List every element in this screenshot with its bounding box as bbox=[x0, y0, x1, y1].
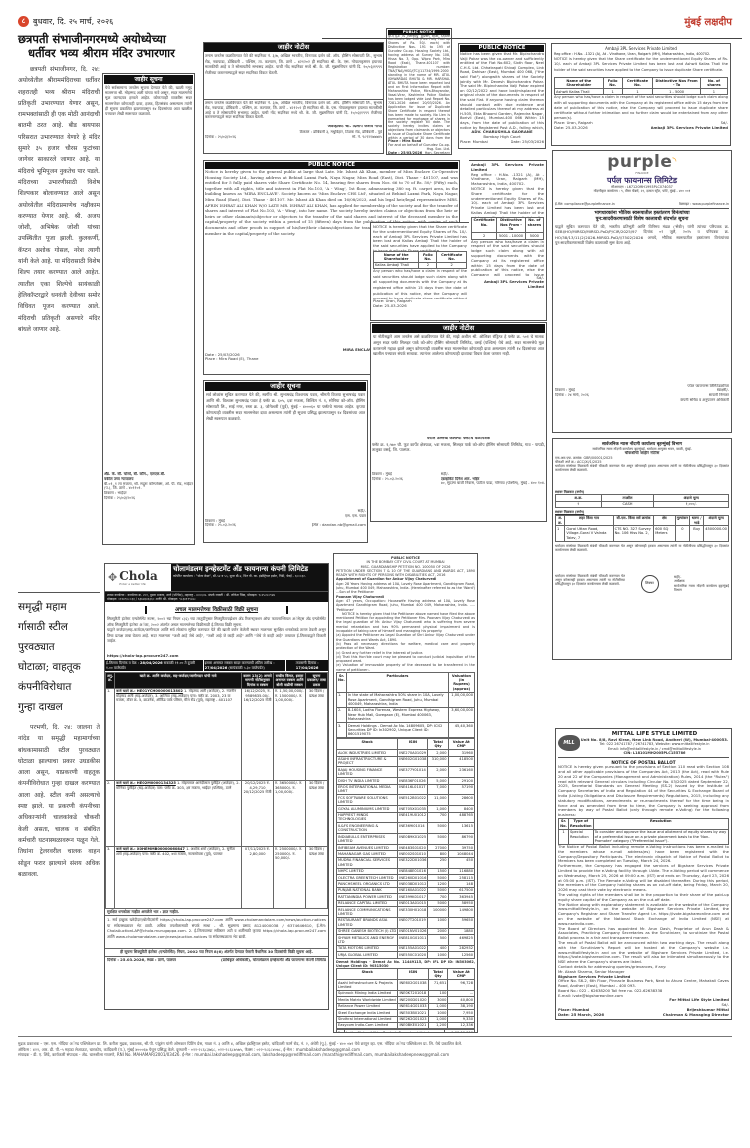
prayer-b: (b) Pass all necessary directions for we… bbox=[336, 642, 475, 651]
notice-date: Date: 25-03-2026 bbox=[554, 126, 588, 131]
stock-holdings-table-1: Stock ISIN Total Qty Value At CMP ALOK I… bbox=[336, 738, 475, 958]
auction-property-table: अनु. क्र. खाते क्र. आणि कर्जदार, सह-कर्ज… bbox=[105, 672, 328, 908]
notice-date: दिनांक : 25.03.2026, स्थळ : ठाणे, पालघर bbox=[107, 958, 176, 963]
notice-title: जाहीर नोटीस bbox=[204, 43, 383, 52]
purple-finance-notice: purple◝ FINANCE पर्पल फायनान्स लिमिटेड स… bbox=[552, 150, 732, 433]
notice-date: Date : 25/03/2026 bbox=[388, 151, 422, 155]
notice-list: धर्मादाय संस्थेच्या मिळकती संबंधी चौकशी … bbox=[555, 574, 625, 594]
table-row: 3. Demat Holdings - Demat Ac No. 1480960… bbox=[337, 723, 475, 738]
table-row: 1 Gorai Uttan Road, Village-Gorai V Valn… bbox=[556, 526, 729, 541]
notice-body: NOTICE is hereby given that the Share ce… bbox=[471, 187, 544, 217]
lead-dateline: छत्रपती संभाजीनगर, दि. २४: bbox=[30, 66, 100, 73]
para-5: The Board of Directors has appointed Mr.… bbox=[558, 927, 729, 941]
notice-jahir-top: जाहीर नोटीस तमाम जनतेस कळविण्यात येते की… bbox=[203, 42, 384, 100]
notice-on-behalf: For and on behalf of Gurudev Co-op. Hsg.… bbox=[388, 143, 450, 152]
para-4: The Notice along with explanatory statem… bbox=[558, 903, 729, 927]
stock-holdings-table-2: Stock ISIN Total Qty Value At CMP Asahi … bbox=[336, 968, 475, 1029]
company-email: ई-मेल: compliance@purplefinance.in bbox=[555, 202, 615, 206]
notice-date: दिनांक : २५/०३/२०२६ bbox=[104, 496, 193, 501]
demat-2: Demat Holdings - Demat Ac No. 11449115, … bbox=[336, 960, 475, 969]
public-notice-flat: PUBLIC NOTICE Notice has been given that… bbox=[458, 43, 546, 149]
paper-name: मुंबई लक्षदीप bbox=[684, 14, 732, 28]
auction-intro: सिक्युरिटी इंटरेस्ट एन्फोर्समेंट रूल्स, … bbox=[105, 616, 328, 627]
purple-logo-mark-icon: ◝ bbox=[672, 156, 676, 167]
notice-body: NOTICE is hereby given that the Share ce… bbox=[373, 225, 467, 251]
notice-phone: मो. नं. ९८९२१७७७४५ bbox=[352, 135, 382, 140]
notice-body: NOTICE is hereby given pursuant to the p… bbox=[558, 765, 729, 818]
table-row: HAPPIEST MINDS TECHNOLOGIESINE419U010127… bbox=[337, 812, 475, 823]
company-cin: CIN: L18101MH2005PLC155786 bbox=[580, 751, 729, 755]
table-row: 1. कर्ज खाते क्र.: HE01YCH00000013802 1.… bbox=[106, 688, 328, 780]
claim-text: Any person who has/have a claim in respe… bbox=[471, 240, 544, 276]
notice-title: PUBLIC NOTICE bbox=[460, 45, 544, 52]
table-row: 1. In the state of Maharashtra 50% share… bbox=[337, 692, 475, 707]
auction-url-link[interactable]: https://chola-lap.procure247.com bbox=[105, 654, 328, 659]
notice-body: याद्वारे सूचित करण्यात येते की, भारतीय प… bbox=[555, 224, 729, 384]
notice-body: NOTICE is hereby given that the Share ce… bbox=[554, 57, 728, 77]
second-body-text: जालना ते नांदेड या समृद्धी महामार्गाच्या… bbox=[18, 724, 100, 878]
chola-auction-notice: ✥ Chola Enter a better life चोलामंडलम इन… bbox=[104, 563, 329, 1010]
chola-logo: ✥ Chola Enter a better life bbox=[105, 564, 171, 591]
table-row: 2. B-1604, Lodha Florenza, Western Expre… bbox=[337, 707, 475, 722]
table-row: MUDRA FINANCIAL SERVICES LIMITEDINE322D0… bbox=[337, 857, 475, 868]
notice-office: सार्वजनिक न्यास नोंदणी कार्यालय बृहन्मुं… bbox=[674, 584, 729, 593]
notice-date: दिनांक : २५.०३.२०२६ bbox=[372, 477, 403, 482]
table-row: ASAHI INFRASTRUCTURE & PROJECTINE602G010… bbox=[337, 756, 475, 767]
purple-logo-text: purple bbox=[607, 152, 672, 172]
table-row: INDIABULLS ENTERPRISES LIMITEDINE0B9K010… bbox=[337, 834, 475, 845]
rta-address: Office No. S6-2, 6th Floor, Pinnacle Bus… bbox=[558, 979, 729, 989]
immovable-property-table: अ. क्र. शहर किंवा गाव सी.एस. किंवा सर्वे… bbox=[555, 515, 729, 542]
notice-body: तमाम जनतेस कळविण्यात येते की सदनिका नं. … bbox=[204, 52, 383, 100]
lead-headline-line1: छत्रपती संभाजीनगरमध्ये अयोध्येच्या bbox=[18, 32, 203, 46]
para-6: The result of Postal Ballot will be anno… bbox=[558, 941, 729, 965]
schedule-text: फ्लॅट क्र. १,५७० चौ. फूट कार्पेट क्षेत्र… bbox=[372, 442, 545, 464]
auction-terms: 1. सर्व इच्छुक खरेदीदार/बोलीदारांनी http… bbox=[105, 916, 328, 948]
company-name: MITTAL LIFE STYLE LIMITED bbox=[580, 731, 729, 738]
table-row: Easycom India.Com LimitedINE0BKE010211,2… bbox=[337, 1022, 475, 1028]
notice-title: जाहीर नोटीस bbox=[372, 324, 545, 333]
share-table: Name of the Shareholder Folio No. Certif… bbox=[373, 251, 467, 269]
para-1: The Notice of Postal Ballot including re… bbox=[558, 845, 729, 864]
table-row: RELIANCE COMMUNICATIONS LIMITEDINE330H01… bbox=[337, 907, 475, 918]
notice-role: Chairman & Managing Director bbox=[663, 1013, 729, 1018]
table-row: URJA GLOBAL LIMITEDINE550C01020100012560 bbox=[337, 952, 475, 958]
second-story-body: परभणी, दि. २४: जालना ते नांदेड या समृद्ध… bbox=[18, 722, 100, 1015]
seal-stamp: शिक्का bbox=[641, 575, 659, 593]
notice-body: धर्मादाय संस्थेच्या मिळकती संबंधी चौकशी … bbox=[555, 464, 729, 490]
prayer-e: (e) Valuation of immovable property of t… bbox=[336, 663, 475, 672]
chola-logo-text: Chola bbox=[119, 570, 158, 582]
statutory-note: ही सूचना सिक्युरिटी इंटरेस्ट (एन्फोर्समे… bbox=[105, 948, 328, 956]
notice-body-2: धर्मादाय संस्थेच्या मिळकती संबंधी चौकशी … bbox=[555, 544, 729, 574]
mittal-logo-icon: MLL bbox=[558, 735, 580, 751]
auction-body: याद्वारे कर्जदार/सह-कर्जदार/जामीनदार आणि… bbox=[105, 627, 328, 654]
notice-body-cont: तमाम जनतेस कळविण्यात येते की सदनिका नं. … bbox=[205, 101, 382, 125]
company-name: चोलामंडलम इन्व्हेस्टमेंट अँड फायनान्स कं… bbox=[173, 565, 326, 574]
emd-date: 27/04/2026 bbox=[205, 666, 228, 670]
page-number-badge: ८ bbox=[18, 16, 29, 27]
signatory-address: ७०, सुदामा बाजी निवास, पाटील पाडा, गोरेग… bbox=[441, 481, 545, 486]
inspection-date: 17/04/2026 bbox=[296, 666, 319, 670]
chola-branch: शाखा कार्यालय : कार्यालय क्र. २०१, दुसरा… bbox=[105, 592, 328, 602]
company-name: Ambaji 3PL Services Private Limited bbox=[471, 163, 544, 173]
notice-jahir-top-cont: तमाम जनतेस कळविण्यात येते की सदनिका नं. … bbox=[203, 100, 384, 154]
claim-text: Any person who has/have a claim in respe… bbox=[373, 269, 467, 299]
notice-place: Place: Mumbai bbox=[460, 140, 488, 145]
notice-signatory: Ambaji 3PL Services Private Limited bbox=[651, 126, 728, 131]
masthead-left: ८ बुधवार, दि. २५ मार्च, २०२६ bbox=[18, 14, 248, 28]
notice-role: कंपनी सचिव व अनुपालन अधिकारी bbox=[555, 398, 729, 403]
para-2: Furthermore, the Company has engaged the… bbox=[558, 864, 729, 893]
table-row: १ CASH १,०००/- bbox=[556, 501, 729, 507]
notice-email: ईमेल : dandan.nb@gmail.com bbox=[312, 523, 366, 528]
lead-headline: छत्रपती संभाजीनगरमध्ये अयोध्येच्या धर्ती… bbox=[18, 32, 203, 60]
table-row: Asahi Infrastructure & Projects LimitedI… bbox=[337, 980, 475, 991]
reg-office: कॉर्पोरेट कार्यालय : "चोला क्रेस्ट", सी-… bbox=[173, 574, 326, 590]
share-table: Name of the Shareholder Folio No. Certif… bbox=[554, 77, 728, 95]
table-row: RESTAURANT BRANDS ASIA LIMITEDINE07T2010… bbox=[337, 917, 475, 928]
notice-signatory: Ambaji 3PL Services Private Limited bbox=[471, 280, 544, 290]
petition-section: PETITION UNDER SECTION 7 & 10 OF THE GUA… bbox=[336, 569, 475, 578]
prayer-a: (a) Appoint the Petitioner as Legal Guar… bbox=[336, 633, 475, 642]
purple-logo: purple◝ bbox=[555, 153, 729, 171]
notice-title: PUBLIC NOTICE bbox=[205, 162, 458, 169]
notice-place: Place : Mira Road (E), Thane bbox=[205, 357, 259, 362]
table-row: Kailas Ambaji Thali 2 2 bbox=[374, 262, 467, 268]
claim-text: Any person who has/have a claim in respe… bbox=[554, 95, 728, 121]
ambaji-notice-1: Ambaji 3PL Services Private Limited Reg … bbox=[551, 43, 731, 146]
table-row: 3. कर्ज खाते क्र.: X0HEMMB00000060847 1.… bbox=[106, 846, 328, 908]
table-row: EROS INTERNATIONAL MEDIA LIMITINE416L010… bbox=[337, 784, 475, 795]
table-row: 2 5001 - 10000 5000 bbox=[472, 233, 544, 239]
notice-title: जाहीर सूचना bbox=[104, 75, 193, 84]
table-row: 2. कर्ज खाते क्र.: HE02M0000134325 1. मो… bbox=[106, 780, 328, 846]
reg-office: नोंदणीकृत कार्यालय : ९, वीणा चेंबर्स, २१… bbox=[555, 189, 729, 202]
public-notice-share-cert: PUBLIC NOTICE NOTICE is hereby given tha… bbox=[386, 28, 452, 155]
table-row: IL&FS ENGINEERING & CONSTRUCTIONINE369I0… bbox=[337, 823, 475, 834]
company-contact: Tel: 022 26741787 / 26741783, Website: w… bbox=[580, 742, 729, 746]
notice-address: बी-०१, १ ला मजला, श्री. सद्गुरू कॉम्प्ले… bbox=[104, 482, 193, 492]
notice-date: Date: 25-03-2026 bbox=[373, 304, 467, 309]
notice-body: येथे सर्वसामान्य जनतेस सूचना देण्यात येत… bbox=[104, 84, 193, 472]
table-row: SHYAM METALICS AND ENERGY LTDINE810G0101… bbox=[337, 935, 475, 946]
mittal-postal-ballot-notice: MLL MITTAL LIFE STYLE LIMITED Unit No. 8… bbox=[555, 728, 732, 1020]
branch-phone: मोबाइल: ०१२४९०८०३३ / ६३७४६४६६६० आणि श्री… bbox=[107, 597, 326, 601]
newspaper-page: ८ बुधवार, दि. २५ मार्च, २०२६ मुंबई लक्षद… bbox=[0, 0, 750, 1148]
share-table-cont: Certificate No. Distinctive Nos From - T… bbox=[471, 217, 544, 240]
valuation-table: Sr. No. Particulars Valuation (in Rupees… bbox=[336, 672, 475, 738]
page-footer: मुद्रक प्रकाशक – एस. एस. नोंदिया अॅण्ड प… bbox=[18, 1036, 732, 1058]
company-name: पर्पल फायनान्स लिमिटेड bbox=[555, 175, 729, 185]
auction-dates-bar: ई-लिलाव दिनांक व वेळ : 28/04/2026 सकाळी … bbox=[105, 660, 328, 671]
table-row: FCS SOFTWARE SOLUTIONS LIMITEDINE512B010… bbox=[337, 795, 475, 806]
guardianship-notice: PUBLIC NOTICE IN THE BOMBAY CITY CIVIL C… bbox=[333, 553, 478, 1033]
trust-inquiry-notice: सार्वजनिक न्यास नोंदणी कार्यालय बृहन्मुं… bbox=[552, 438, 732, 660]
notice-date: दिनांक : २५.०३.२०२६ bbox=[205, 523, 236, 528]
table-row: BAJAJ HOUSING FINANCE LIMITEDINE377Y0101… bbox=[337, 767, 475, 778]
notice-body: NOTICE is hereby given that the Petition… bbox=[336, 612, 475, 633]
resolution-table: Sr. No. Type of Resolution Resolution 1 … bbox=[558, 818, 729, 845]
notice-role: Hon. Secretary bbox=[425, 151, 450, 155]
chola-logo-icon: ✥ bbox=[108, 571, 117, 584]
notice-jahir-suchana-left: जाहीर सूचना येथे सर्वसामान्य जनतेस सूचना… bbox=[102, 73, 195, 545]
company-website: वेबसाइट : www.purplefinance.in bbox=[679, 202, 729, 206]
prayer-d: (d) That this Hon'ble court may be pleas… bbox=[336, 655, 475, 664]
movable-property-table: अ.क्र. तपशील अंदाजे मूल्य १ CASH १,०००/- bbox=[555, 494, 729, 508]
lead-story-body: छत्रपती संभाजीनगर, दि. २४: अयोध्येतील श्… bbox=[18, 64, 100, 519]
notice-date: Date: 25/03/2026 bbox=[511, 140, 544, 145]
notice-body: या नोटीसद्वारे आम जनतेस असे कळविण्यात ये… bbox=[372, 333, 545, 437]
notice-date: दिनांक : २४ मार्च, २०२६ bbox=[555, 393, 589, 398]
reg-office: Reg office : H.No. -1321 (A), At - Vindh… bbox=[471, 173, 544, 187]
ambaji-notice-2-left: NOTICE is hereby given that the Share ce… bbox=[370, 222, 469, 321]
table-row: 5. In the State of Uttar Pradesh Propert… bbox=[337, 1030, 475, 1033]
jahir-suchana-center: जाहीर सूचना सर्व लोकांस सूचित करण्यात ये… bbox=[203, 380, 368, 543]
auction-notice-title: अचल मालमत्तेच्या विक्रीसाठी विक्री सूचना bbox=[145, 606, 288, 614]
notice-body: NOTICE is hereby given that Share Certif… bbox=[388, 35, 450, 139]
auction-date: 28/04/2026 bbox=[140, 661, 163, 665]
footer-editor: संपादक - डी. ए. शिंदे, कार्यकारी संपादक … bbox=[18, 1052, 732, 1058]
para-3: The voting rights of the members shall b… bbox=[558, 893, 729, 903]
jahir-notice-right: जाहीर नोटीस या नोटीसद्वारे आम जनतेस असे … bbox=[370, 322, 547, 522]
encumbrance-note: सुरक्षित धनकोला माहीत असलेले भार : ज्ञात… bbox=[105, 909, 328, 917]
notice-body: Notice has been given that Mr. Bipinchan… bbox=[460, 52, 544, 130]
second-dateline: परभणी, दि. २४: bbox=[30, 724, 72, 731]
issue-date: बुधवार, दि. २५ मार्च, २०२६ bbox=[33, 16, 113, 27]
second-story-headline: समृद्धी महाम र्गासाठी स्टील पुरवठ्यात घो… bbox=[18, 597, 108, 717]
petitioner-details: Age: 47 years, Occupation: Housewife Hav… bbox=[336, 599, 475, 612]
notice-body: सर्व लोकांस सूचित करण्यात येते की, स्वर्… bbox=[205, 391, 366, 509]
ambaji-notice-2-right: Ambaji 3PL Services Private Limited Reg … bbox=[469, 160, 547, 321]
notice-title: जाहीर सूचना bbox=[205, 382, 366, 391]
lead-body-text: अयोध्येतील श्रीराममंदिराच्या धर्तीवर शहर… bbox=[18, 77, 100, 333]
lead-headline-line2: धर्तीवर भव्य श्रीराम मंदिर उभारणार bbox=[18, 46, 203, 60]
notice-date: दिनांक : २५/०३/२०२६ bbox=[205, 135, 236, 140]
notice-signatory: (प्राधिकृत अधिकारी), चोलामंडलम इन्व्हेस्… bbox=[221, 958, 326, 963]
property-table-2: 5. In the State of Uttar Pradesh Propert… bbox=[336, 1029, 475, 1033]
table-row: 1 Special Resolution To consider and app… bbox=[559, 829, 729, 844]
ward-details: Age: 28 Years Having address at 10A, Lov… bbox=[336, 582, 475, 595]
chola-header: ✥ Chola Enter a better life चोलामंडलम इन… bbox=[105, 564, 328, 592]
notice-date: Date: 25 March, 2026 bbox=[558, 1013, 604, 1018]
table-row: Ashwit Kailas Thali 1 1 1 - 5000 1 bbox=[555, 89, 728, 95]
